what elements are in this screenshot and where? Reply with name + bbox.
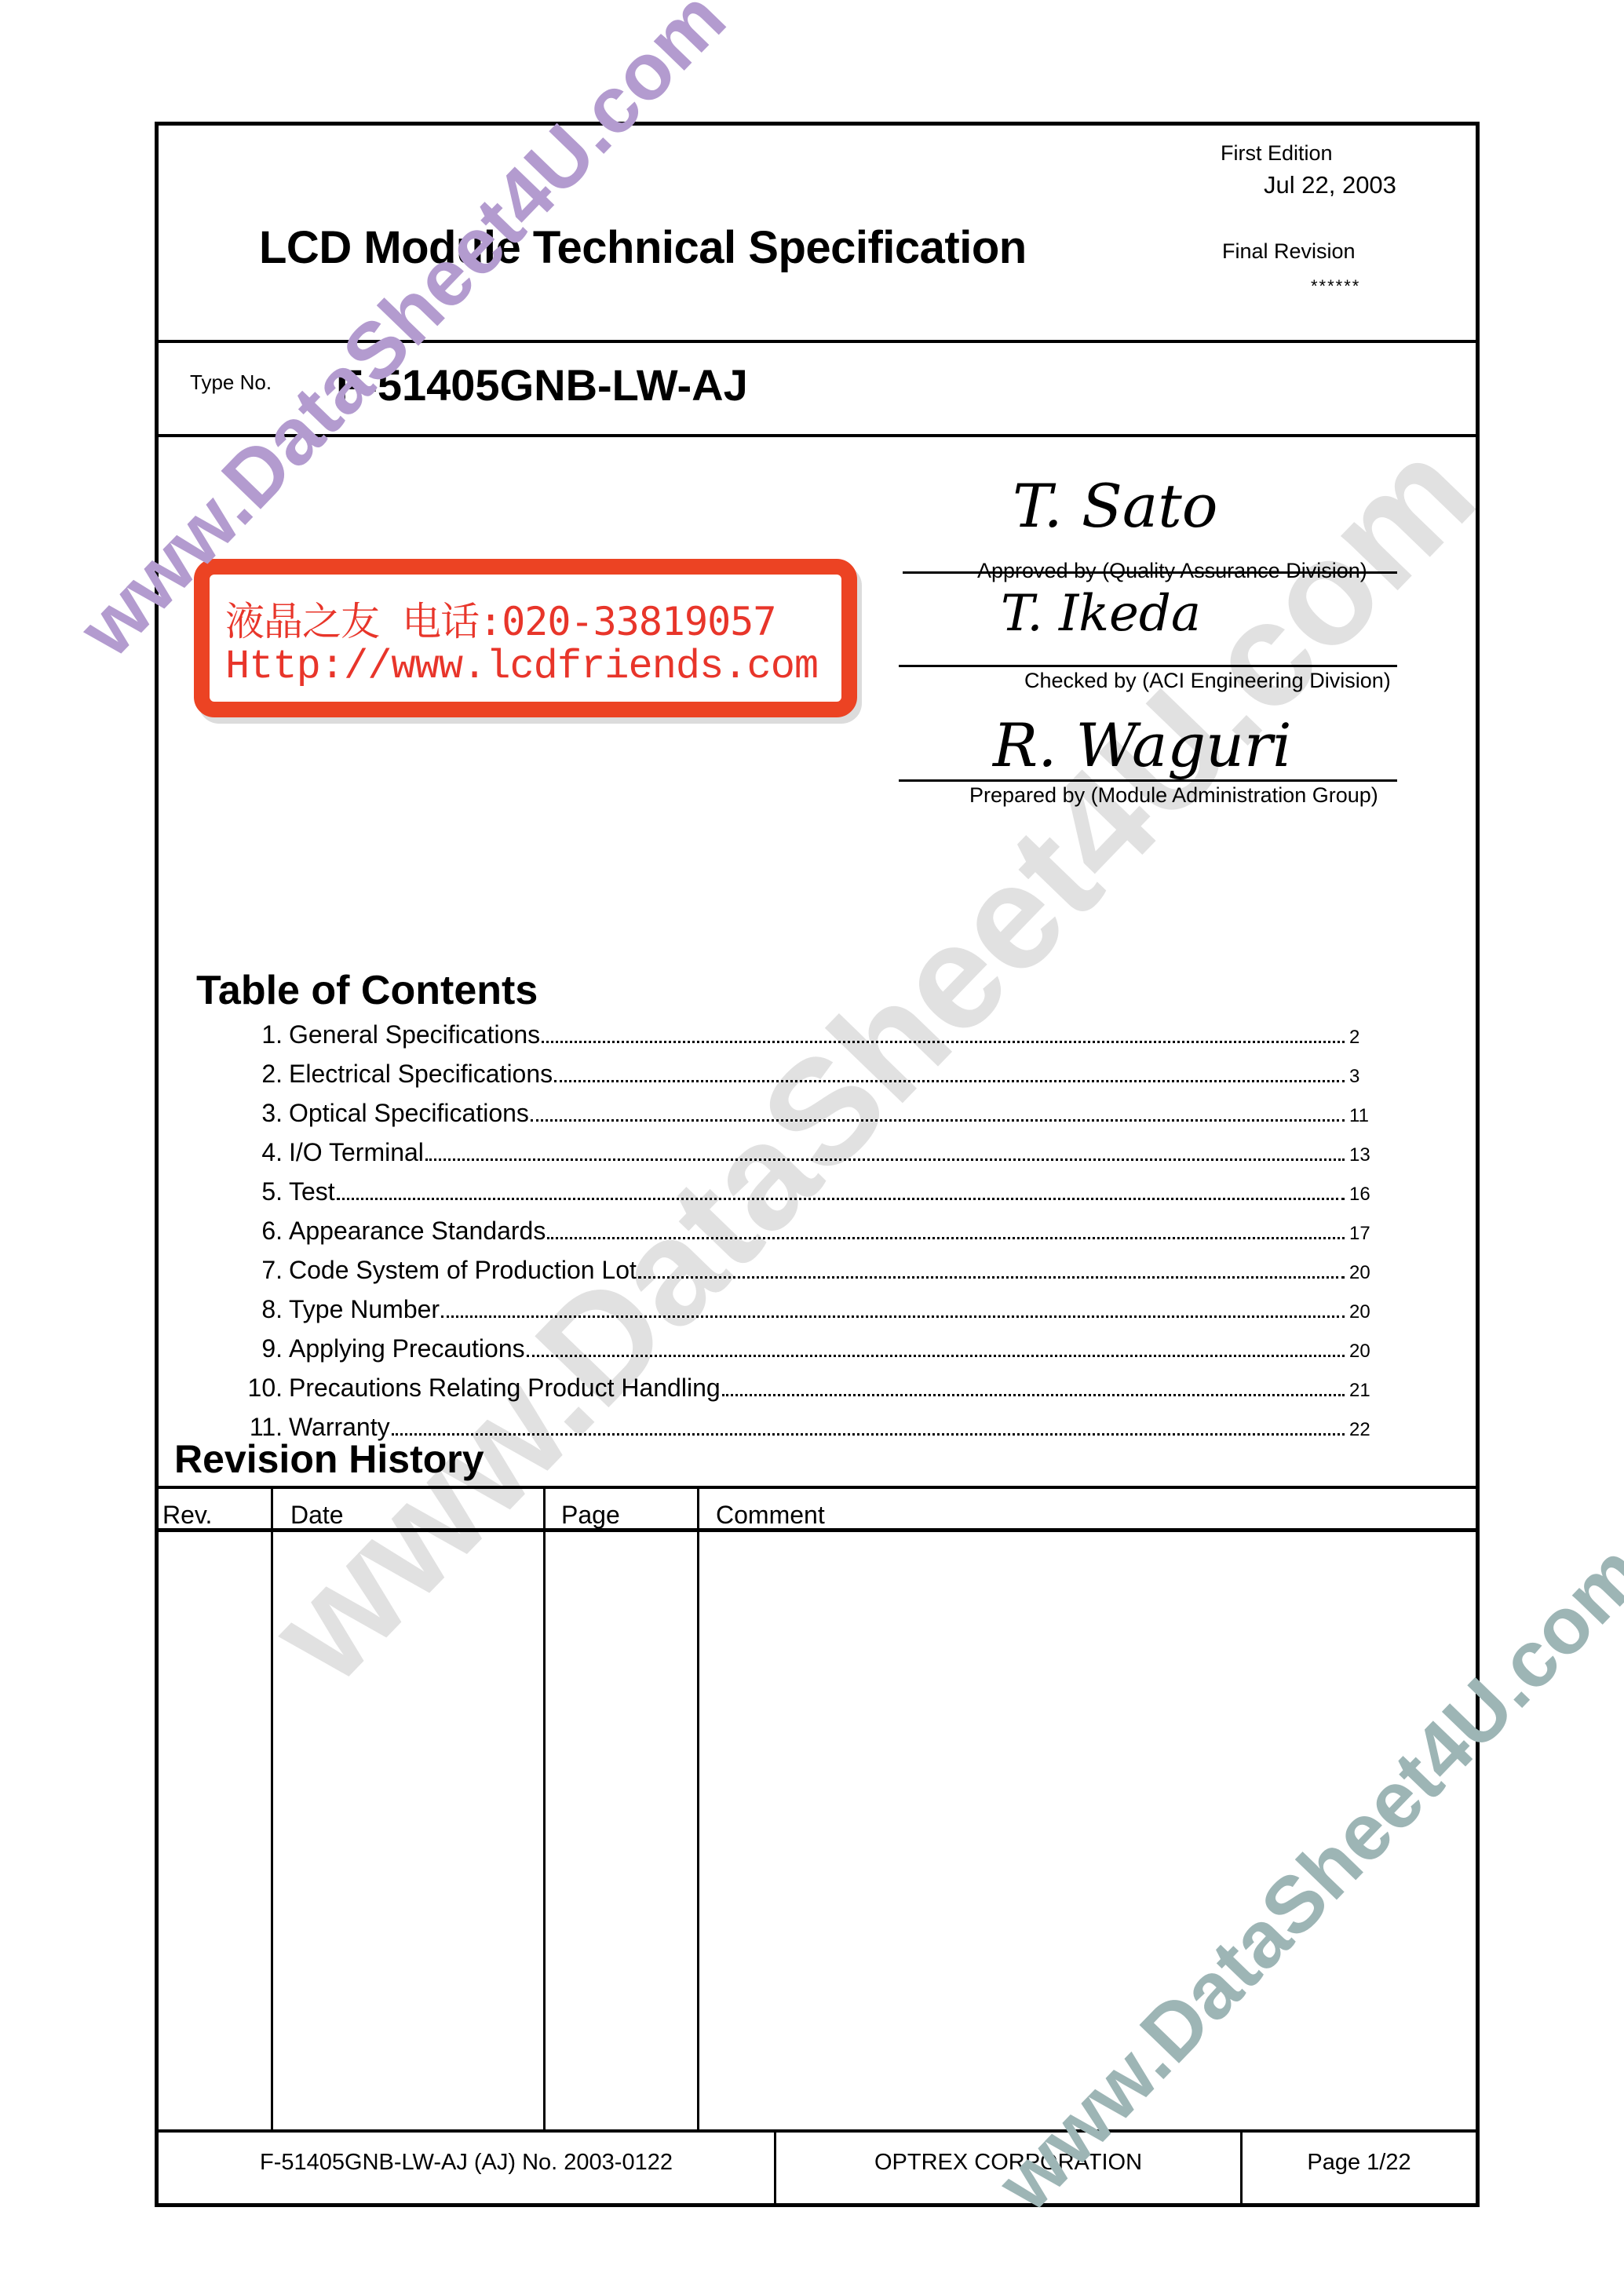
revision-col-date: Date xyxy=(290,1501,344,1530)
toc-item-title: Electrical Specifications xyxy=(289,1060,553,1089)
revision-col-divider-1 xyxy=(271,1486,273,2129)
revision-col-divider-3 xyxy=(697,1486,699,2129)
toc-item-page: 22 xyxy=(1349,1419,1378,1441)
revision-history-heading: Revision History xyxy=(174,1436,484,1482)
toc-item[interactable]: 10.Precautions Relating Product Handling… xyxy=(239,1374,1378,1413)
toc-leader-dots xyxy=(722,1394,1345,1396)
toc-item-title: Appearance Standards xyxy=(289,1217,546,1246)
toc-item-title: Code System of Production Lot xyxy=(289,1256,637,1285)
toc-leader-dots xyxy=(638,1276,1345,1279)
toc-item-number: 1. xyxy=(239,1020,289,1049)
toc-item-page: 20 xyxy=(1349,1341,1378,1363)
toc-leader-dots xyxy=(441,1315,1345,1318)
toc-item-page: 13 xyxy=(1349,1144,1378,1166)
document-title: LCD Module Technical Specification xyxy=(259,221,1027,274)
footer-doc-number: F-51405GNB-LW-AJ (AJ) No. 2003-0122 xyxy=(159,2135,774,2190)
toc-item[interactable]: 7.Code System of Production Lot20 xyxy=(239,1256,1378,1295)
toc-item-number: 9. xyxy=(239,1334,289,1363)
toc-item-number: 7. xyxy=(239,1256,289,1285)
revision-col-divider-2 xyxy=(543,1486,546,2129)
toc-item-number: 3. xyxy=(239,1099,289,1128)
revision-label: Final Revision xyxy=(1222,239,1356,264)
caption-prepared: Prepared by (Module Administration Group… xyxy=(969,783,1378,808)
toc-item-title: Test xyxy=(289,1177,335,1206)
toc-item-page: 20 xyxy=(1349,1301,1378,1323)
type-number-label: Type No. xyxy=(190,370,272,395)
toc-item-page: 21 xyxy=(1349,1380,1378,1402)
toc-item-page: 11 xyxy=(1349,1105,1378,1127)
signature-checked: T. Ikeda xyxy=(1001,585,1201,643)
toc-item-title: Type Number xyxy=(289,1295,440,1324)
revision-col-comment: Comment xyxy=(716,1501,825,1530)
toc-leader-dots xyxy=(392,1433,1345,1436)
toc-item[interactable]: 5.Test16 xyxy=(239,1177,1378,1217)
toc-item-page: 2 xyxy=(1349,1027,1378,1049)
toc-leader-dots xyxy=(337,1198,1345,1200)
revision-col-page: Page xyxy=(561,1501,620,1530)
toc-item[interactable]: 4.I/O Terminal13 xyxy=(239,1138,1378,1177)
toc-item-title: Optical Specifications xyxy=(289,1099,529,1128)
toc-item-title: Applying Precautions xyxy=(289,1334,525,1363)
toc-leader-dots xyxy=(542,1041,1345,1043)
toc-item-number: 6. xyxy=(239,1217,289,1246)
toc-leader-dots xyxy=(527,1355,1345,1357)
toc-item-number: 4. xyxy=(239,1138,289,1167)
toc-item[interactable]: 9.Applying Precautions20 xyxy=(239,1334,1378,1374)
signature-line-checked xyxy=(899,665,1397,667)
distributor-stamp: 液晶之友 电话:020-33819057 Http://www.lcdfrien… xyxy=(194,559,857,717)
toc-item-number: 5. xyxy=(239,1177,289,1206)
footer-top-line xyxy=(155,2129,1480,2133)
edition-date: Jul 22, 2003 xyxy=(1264,171,1396,199)
toc-item-number: 8. xyxy=(239,1295,289,1324)
toc-item[interactable]: 6.Appearance Standards17 xyxy=(239,1217,1378,1256)
edition-label: First Edition xyxy=(1221,141,1333,166)
toc-item-page: 3 xyxy=(1349,1066,1378,1088)
toc-list: 1.General Specifications22.Electrical Sp… xyxy=(239,1020,1378,1452)
toc-item[interactable]: 8.Type Number20 xyxy=(239,1295,1378,1334)
toc-item[interactable]: 3.Optical Specifications11 xyxy=(239,1099,1378,1138)
toc-item-page: 20 xyxy=(1349,1262,1378,1284)
caption-approved: Approved by (Quality Assurance Division) xyxy=(977,559,1367,583)
toc-item-number: 2. xyxy=(239,1060,289,1089)
revision-value: ****** xyxy=(1311,276,1360,297)
toc-item-title: Precautions Relating Product Handling xyxy=(289,1374,721,1403)
toc-item[interactable]: 2.Electrical Specifications3 xyxy=(239,1060,1378,1099)
signature-prepared: R. Waguri xyxy=(993,710,1292,780)
toc-heading: Table of Contents xyxy=(196,967,538,1014)
toc-item-title: I/O Terminal xyxy=(289,1138,424,1167)
stamp-url-line: Http://www.lcdfriends.com xyxy=(225,644,818,690)
footer-page-number: Page 1/22 xyxy=(1243,2135,1476,2190)
signature-approved: T. Sato xyxy=(1013,471,1218,541)
toc-leader-dots xyxy=(547,1237,1345,1239)
toc-item[interactable]: 1.General Specifications2 xyxy=(239,1020,1378,1060)
toc-item-number: 10. xyxy=(239,1374,289,1403)
toc-item-title: General Specifications xyxy=(289,1020,540,1049)
revision-table-top xyxy=(155,1486,1480,1489)
revision-col-rev: Rev. xyxy=(162,1501,212,1530)
toc-item-page: 17 xyxy=(1349,1223,1378,1245)
stamp-phone-line: 液晶之友 电话:020-33819057 xyxy=(225,590,776,647)
toc-leader-dots xyxy=(531,1119,1345,1122)
toc-leader-dots xyxy=(425,1158,1345,1161)
signature-line-prepared xyxy=(899,779,1397,782)
toc-item-page: 16 xyxy=(1349,1184,1378,1206)
caption-checked: Checked by (ACI Engineering Division) xyxy=(1024,669,1391,693)
toc-leader-dots xyxy=(554,1080,1345,1082)
